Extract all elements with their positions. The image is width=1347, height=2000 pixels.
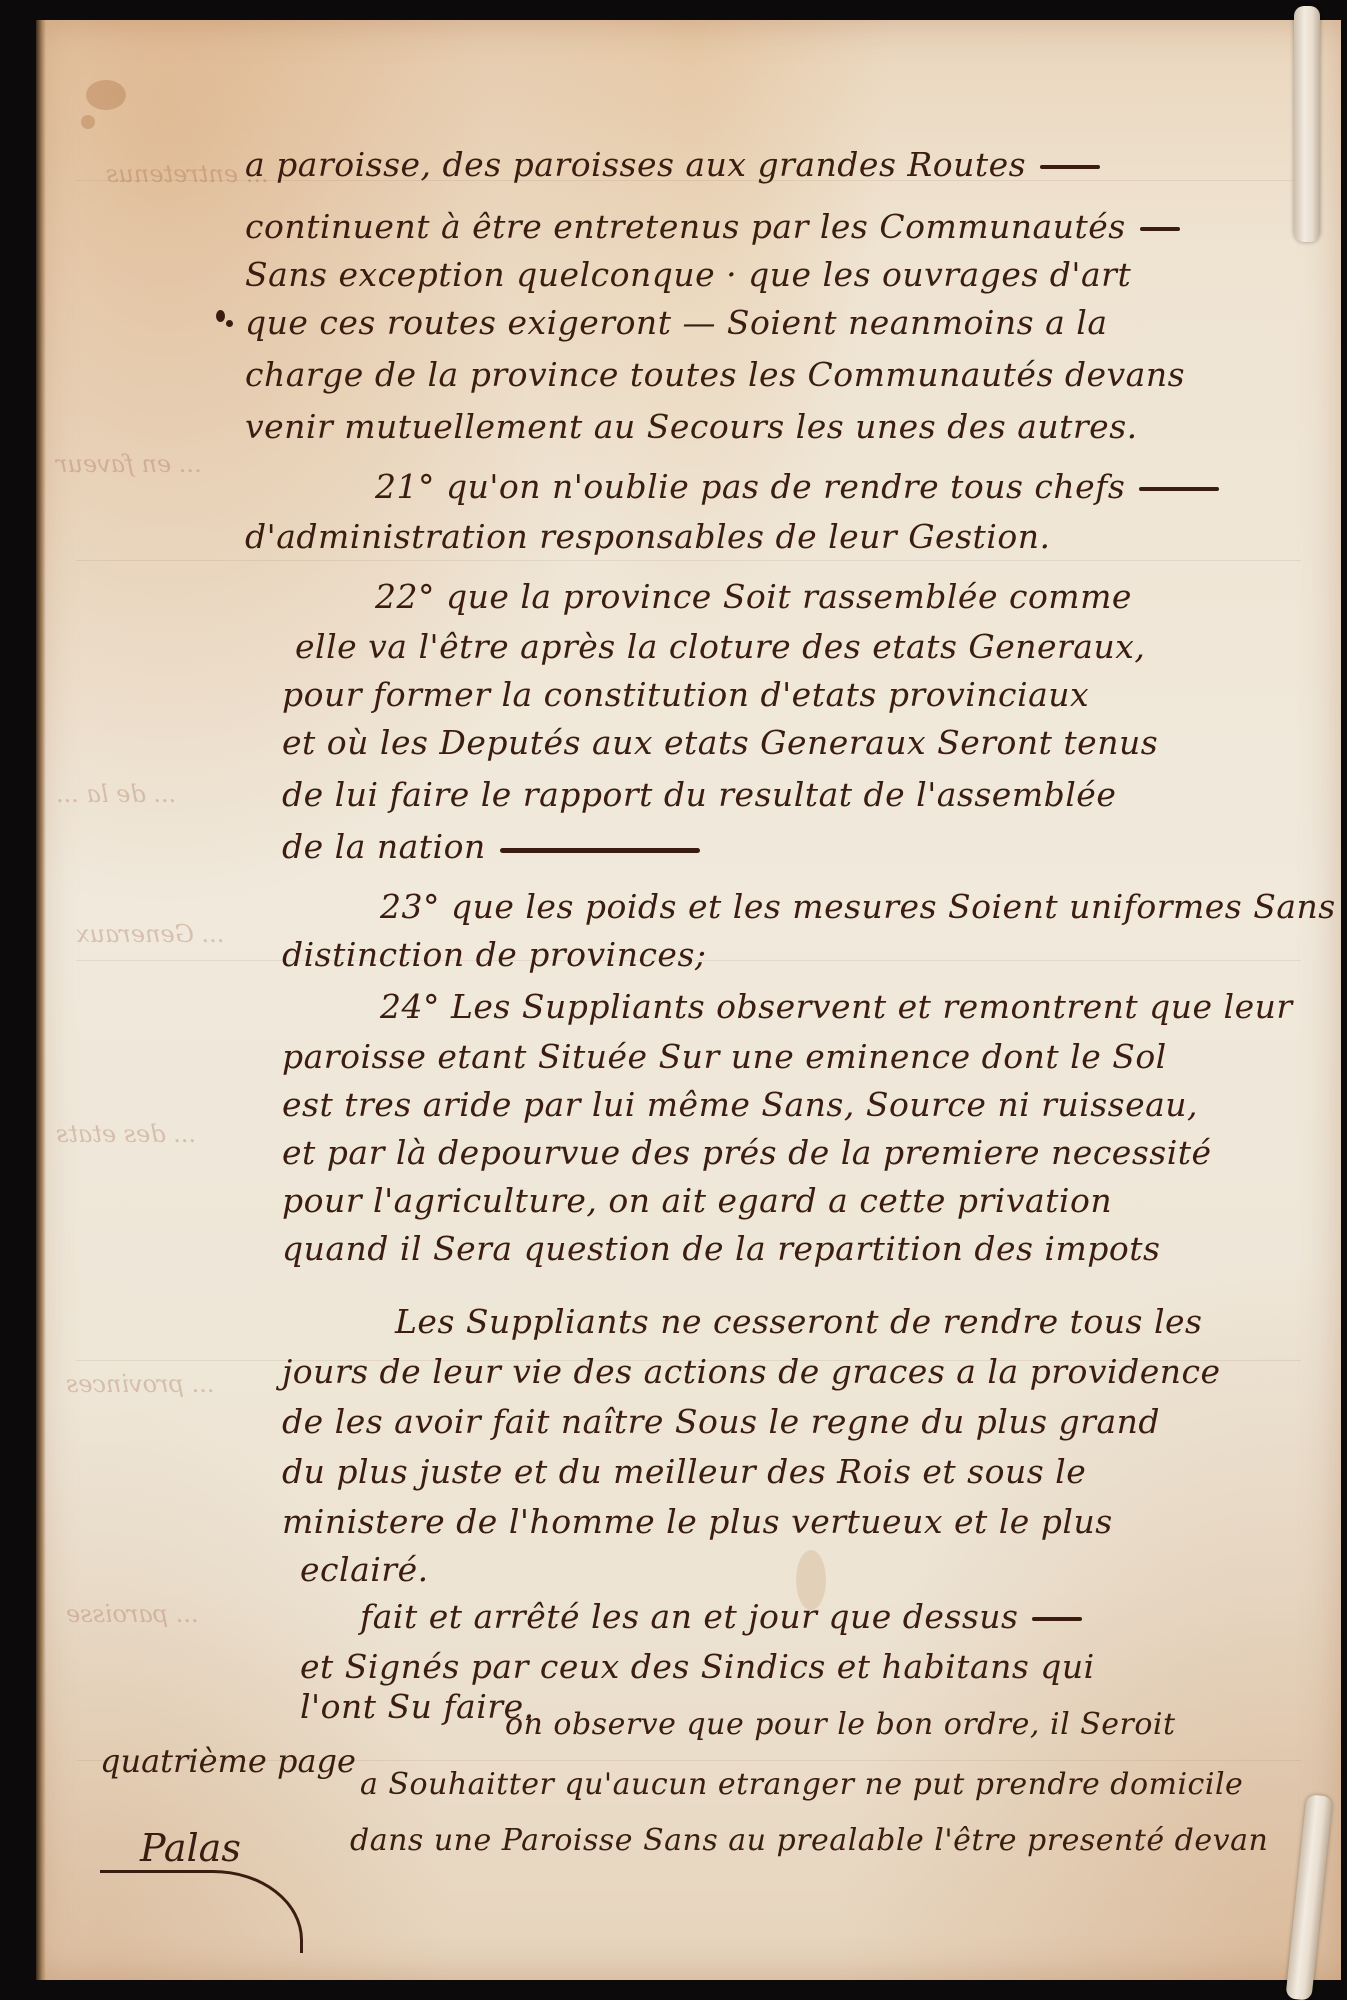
- manuscript-line: a Souhaitter qu'aucun etranger ne put pr…: [360, 1770, 1243, 1800]
- end-flourish: [500, 848, 700, 853]
- line-text: ministere de l'homme le plus vertueux et…: [282, 1502, 1113, 1541]
- line-dash: [1040, 165, 1100, 169]
- line-text: quand il Sera question de la repartition…: [282, 1229, 1160, 1268]
- manuscript-line: de lui faire le rapport du resultat de l…: [282, 778, 1116, 811]
- line-text: a paroisse, des paroisses aux grandes Ro…: [245, 145, 1026, 184]
- margin-signature: Palas: [140, 1826, 241, 1870]
- manuscript-line: ministere de l'homme le plus vertueux et…: [282, 1505, 1113, 1538]
- page-binding-edge: [36, 20, 46, 1980]
- line-text: charge de la province toutes les Communa…: [245, 355, 1185, 394]
- manuscript-line: venir mutuellement au Secours les unes d…: [245, 410, 1138, 443]
- line-text: est tres aride par lui même Sans, Source…: [282, 1085, 1198, 1124]
- line-text: jours de leur vie des actions de graces …: [282, 1352, 1221, 1391]
- line-text: de lui faire le rapport du resultat de l…: [282, 775, 1116, 814]
- line-text: 21° qu'on n'oublie pas de rendre tous ch…: [375, 467, 1125, 506]
- line-text: et Signés par ceux des Sindics et habita…: [300, 1647, 1095, 1686]
- line-text: pour l'agriculture, on ait egard a cette…: [282, 1181, 1112, 1220]
- manuscript-line: et où les Deputés aux etats Generaux Ser…: [282, 726, 1158, 759]
- manuscript-line: de la nation: [282, 830, 486, 863]
- manuscript-line: et par là depourvue des prés de la premi…: [282, 1136, 1212, 1169]
- manuscript-line: paroisse etant Située Sur une eminence d…: [282, 1040, 1167, 1073]
- line-text: dans une Paroisse Sans au prealable l'êt…: [350, 1823, 1268, 1858]
- manuscript-line: 22° que la province Soit rassemblée comm…: [375, 580, 1132, 613]
- paper-rule: [76, 560, 1301, 561]
- line-text: 22° que la province Soit rassemblée comm…: [375, 577, 1132, 616]
- manuscript-line: dans une Paroisse Sans au prealable l'êt…: [350, 1826, 1268, 1856]
- line-text: et par là depourvue des prés de la premi…: [282, 1133, 1212, 1172]
- line-text: fait et arrêté les an et jour que dessus: [360, 1597, 1018, 1636]
- paper-stain: [81, 115, 95, 129]
- manuscript-line: continuent à être entretenus par les Com…: [245, 210, 1180, 243]
- line-text: Sans exception quelconque · que les ouvr…: [245, 255, 1131, 294]
- line-dash: [1139, 487, 1219, 491]
- line-text: pour former la constitution d'etats prov…: [282, 675, 1089, 714]
- manuscript-line: que ces routes exigeront — Soient neanmo…: [245, 306, 1108, 339]
- line-text: paroisse etant Située Sur une eminence d…: [282, 1037, 1167, 1076]
- manuscript-line: distinction de provinces;: [282, 938, 707, 971]
- manuscript-line: 21° qu'on n'oublie pas de rendre tous ch…: [375, 470, 1219, 503]
- manuscript-line: quand il Sera question de la repartition…: [282, 1232, 1160, 1265]
- line-text: on observe que pour le bon ordre, il Ser…: [505, 1707, 1176, 1742]
- manuscript-line: jours de leur vie des actions de graces …: [282, 1355, 1221, 1388]
- manuscript-line: 24° Les Suppliants observent et remontre…: [380, 990, 1293, 1023]
- line-dash: [1032, 1617, 1082, 1621]
- ink-blot: [226, 320, 233, 327]
- manuscript-line: et Signés par ceux des Sindics et habita…: [300, 1650, 1095, 1683]
- line-text: elle va l'être après la cloture des etat…: [295, 627, 1145, 666]
- line-text: Les Suppliants ne cesseront de rendre to…: [395, 1302, 1202, 1341]
- line-text: d'administration responsables de leur Ge…: [245, 517, 1050, 556]
- line-text: 23° que les poids et les mesures Soient …: [380, 887, 1336, 926]
- manuscript-line: on observe que pour le bon ordre, il Ser…: [505, 1710, 1176, 1740]
- bleed-through-text: ... paroisse: [66, 1600, 199, 1628]
- manuscript-line: est tres aride par lui même Sans, Source…: [282, 1088, 1198, 1121]
- line-text: venir mutuellement au Secours les unes d…: [245, 407, 1138, 446]
- manuscript-line: Sans exception quelconque · que les ouvr…: [245, 258, 1131, 291]
- line-text: que ces routes exigeront — Soient neanmo…: [245, 303, 1108, 342]
- manuscript-line: Les Suppliants ne cesseront de rendre to…: [395, 1305, 1202, 1338]
- manuscript-line: de les avoir fait naître Sous le regne d…: [282, 1405, 1160, 1438]
- manuscript-line: d'administration responsables de leur Ge…: [245, 520, 1050, 553]
- manuscript-line: charge de la province toutes les Communa…: [245, 358, 1185, 391]
- bleed-through-text: ... en faveur: [56, 450, 202, 478]
- manuscript-line: 23° que les poids et les mesures Soient …: [380, 890, 1336, 923]
- line-text: du plus juste et du meilleur des Rois et…: [282, 1452, 1086, 1491]
- line-text: l'ont Su faire.: [300, 1687, 535, 1726]
- line-text: distinction de provinces;: [282, 935, 707, 974]
- bleed-through-text: ... de la ...: [56, 780, 176, 808]
- line-text: 24° Les Suppliants observent et remontre…: [380, 987, 1293, 1026]
- line-dash: [1140, 227, 1180, 231]
- bleed-through-text: ... des etats: [56, 1120, 196, 1148]
- manuscript-line: pour former la constitution d'etats prov…: [282, 678, 1089, 711]
- binding-ribbon-top: [1294, 6, 1320, 242]
- line-text: a Souhaitter qu'aucun etranger ne put pr…: [360, 1767, 1243, 1802]
- manuscript-line: du plus juste et du meilleur des Rois et…: [282, 1455, 1086, 1488]
- manuscript-line: pour l'agriculture, on ait egard a cette…: [282, 1184, 1112, 1217]
- manuscript-line: a paroisse, des paroisses aux grandes Ro…: [245, 148, 1100, 181]
- line-text: de la nation: [282, 827, 486, 866]
- manuscript-line: eclairé.: [300, 1553, 429, 1586]
- paper-stain: [86, 80, 126, 110]
- line-text: et où les Deputés aux etats Generaux Ser…: [282, 723, 1158, 762]
- bleed-through-text: ... Generaux: [76, 920, 224, 948]
- manuscript-line: fait et arrêté les an et jour que dessus: [360, 1600, 1082, 1633]
- line-text: de les avoir fait naître Sous le regne d…: [282, 1402, 1160, 1441]
- margin-page-note: quatrième page: [100, 1742, 356, 1780]
- bleed-through-text: ... provinces: [66, 1370, 214, 1398]
- manuscript-line: elle va l'être après la cloture des etat…: [295, 630, 1145, 663]
- manuscript-line: l'ont Su faire.: [300, 1690, 535, 1723]
- ink-blot: [216, 310, 225, 322]
- line-text: eclairé.: [300, 1550, 429, 1589]
- line-text: continuent à être entretenus par les Com…: [245, 207, 1126, 246]
